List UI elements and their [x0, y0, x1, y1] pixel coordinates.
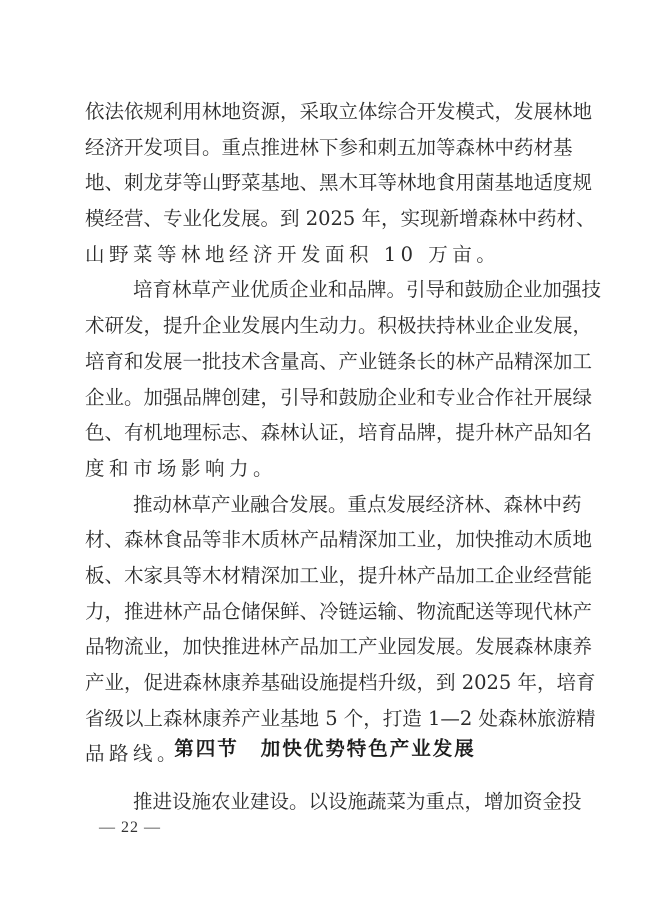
text-line: 模经营、专业化发展。到 2025 年，实现新增森林中药材、: [85, 201, 567, 237]
document-page: 依法依规利用林地资源，采取立体综合开发模式，发展林地 经济开发项目。重点推进林下…: [0, 0, 650, 919]
text-line: 色、有机地理标志、森林认证，培育品牌，提升林产品知名: [85, 415, 567, 451]
text-line: 省级以上森林康养产业基地 5 个，打造 1—2 处森林旅游精: [85, 701, 567, 737]
text-line: 培育和发展一批技术含量高、产业链条长的林产品精深加工: [85, 344, 567, 380]
text-line: 术研发，提升企业发展内生动力。积极扶持林业企业发展，: [85, 308, 567, 344]
text-line: 山野菜等林地经济开发面积 10 万亩。: [85, 237, 567, 273]
section-title: 加快优势特色产业发展: [261, 737, 476, 760]
text-line: 产业，促进森林康养基础设施提档升级，到 2025 年，培育: [85, 665, 567, 701]
body-text-continued: 推进设施农业建设。以设施蔬菜为重点，增加资金投: [85, 784, 567, 820]
text-line: 品物流业，加快推进林产品加工产业园发展。发展森林康养: [85, 629, 567, 665]
text-line: 推进设施农业建设。以设施蔬菜为重点，增加资金投: [85, 784, 567, 820]
text-line: 依法依规利用林地资源，采取立体综合开发模式，发展林地: [85, 94, 567, 130]
text-line: 力，推进林产品仓储保鲜、冷链运输、物流配送等现代林产: [85, 594, 567, 630]
text-line: 板、木家具等木材精深加工业，提升林产品加工企业经营能: [85, 558, 567, 594]
text-line: 培育林草产业优质企业和品牌。引导和鼓励企业加强技: [85, 272, 567, 308]
text-line: 材、森林食品等非木质林产品精深加工业，加快推动木质地: [85, 522, 567, 558]
body-text: 依法依规利用林地资源，采取立体综合开发模式，发展林地 经济开发项目。重点推进林下…: [85, 94, 567, 772]
section-number: 第四节: [174, 737, 239, 760]
text-line: 推动林草产业融合发展。重点发展经济林、森林中药: [85, 487, 567, 523]
text-line: 度和市场影响力。: [85, 451, 567, 487]
page-number: — 22 —: [99, 819, 161, 837]
text-line: 地、刺龙芽等山野菜基地、黑木耳等林地食用菌基地适度规: [85, 165, 567, 201]
text-line: 企业。加强品牌创建，引导和鼓励企业和专业合作社开展绿: [85, 380, 567, 416]
section-heading: 第四节加快优势特色产业发展: [0, 733, 650, 761]
text-line: 经济开发项目。重点推进林下参和刺五加等森林中药材基: [85, 130, 567, 166]
